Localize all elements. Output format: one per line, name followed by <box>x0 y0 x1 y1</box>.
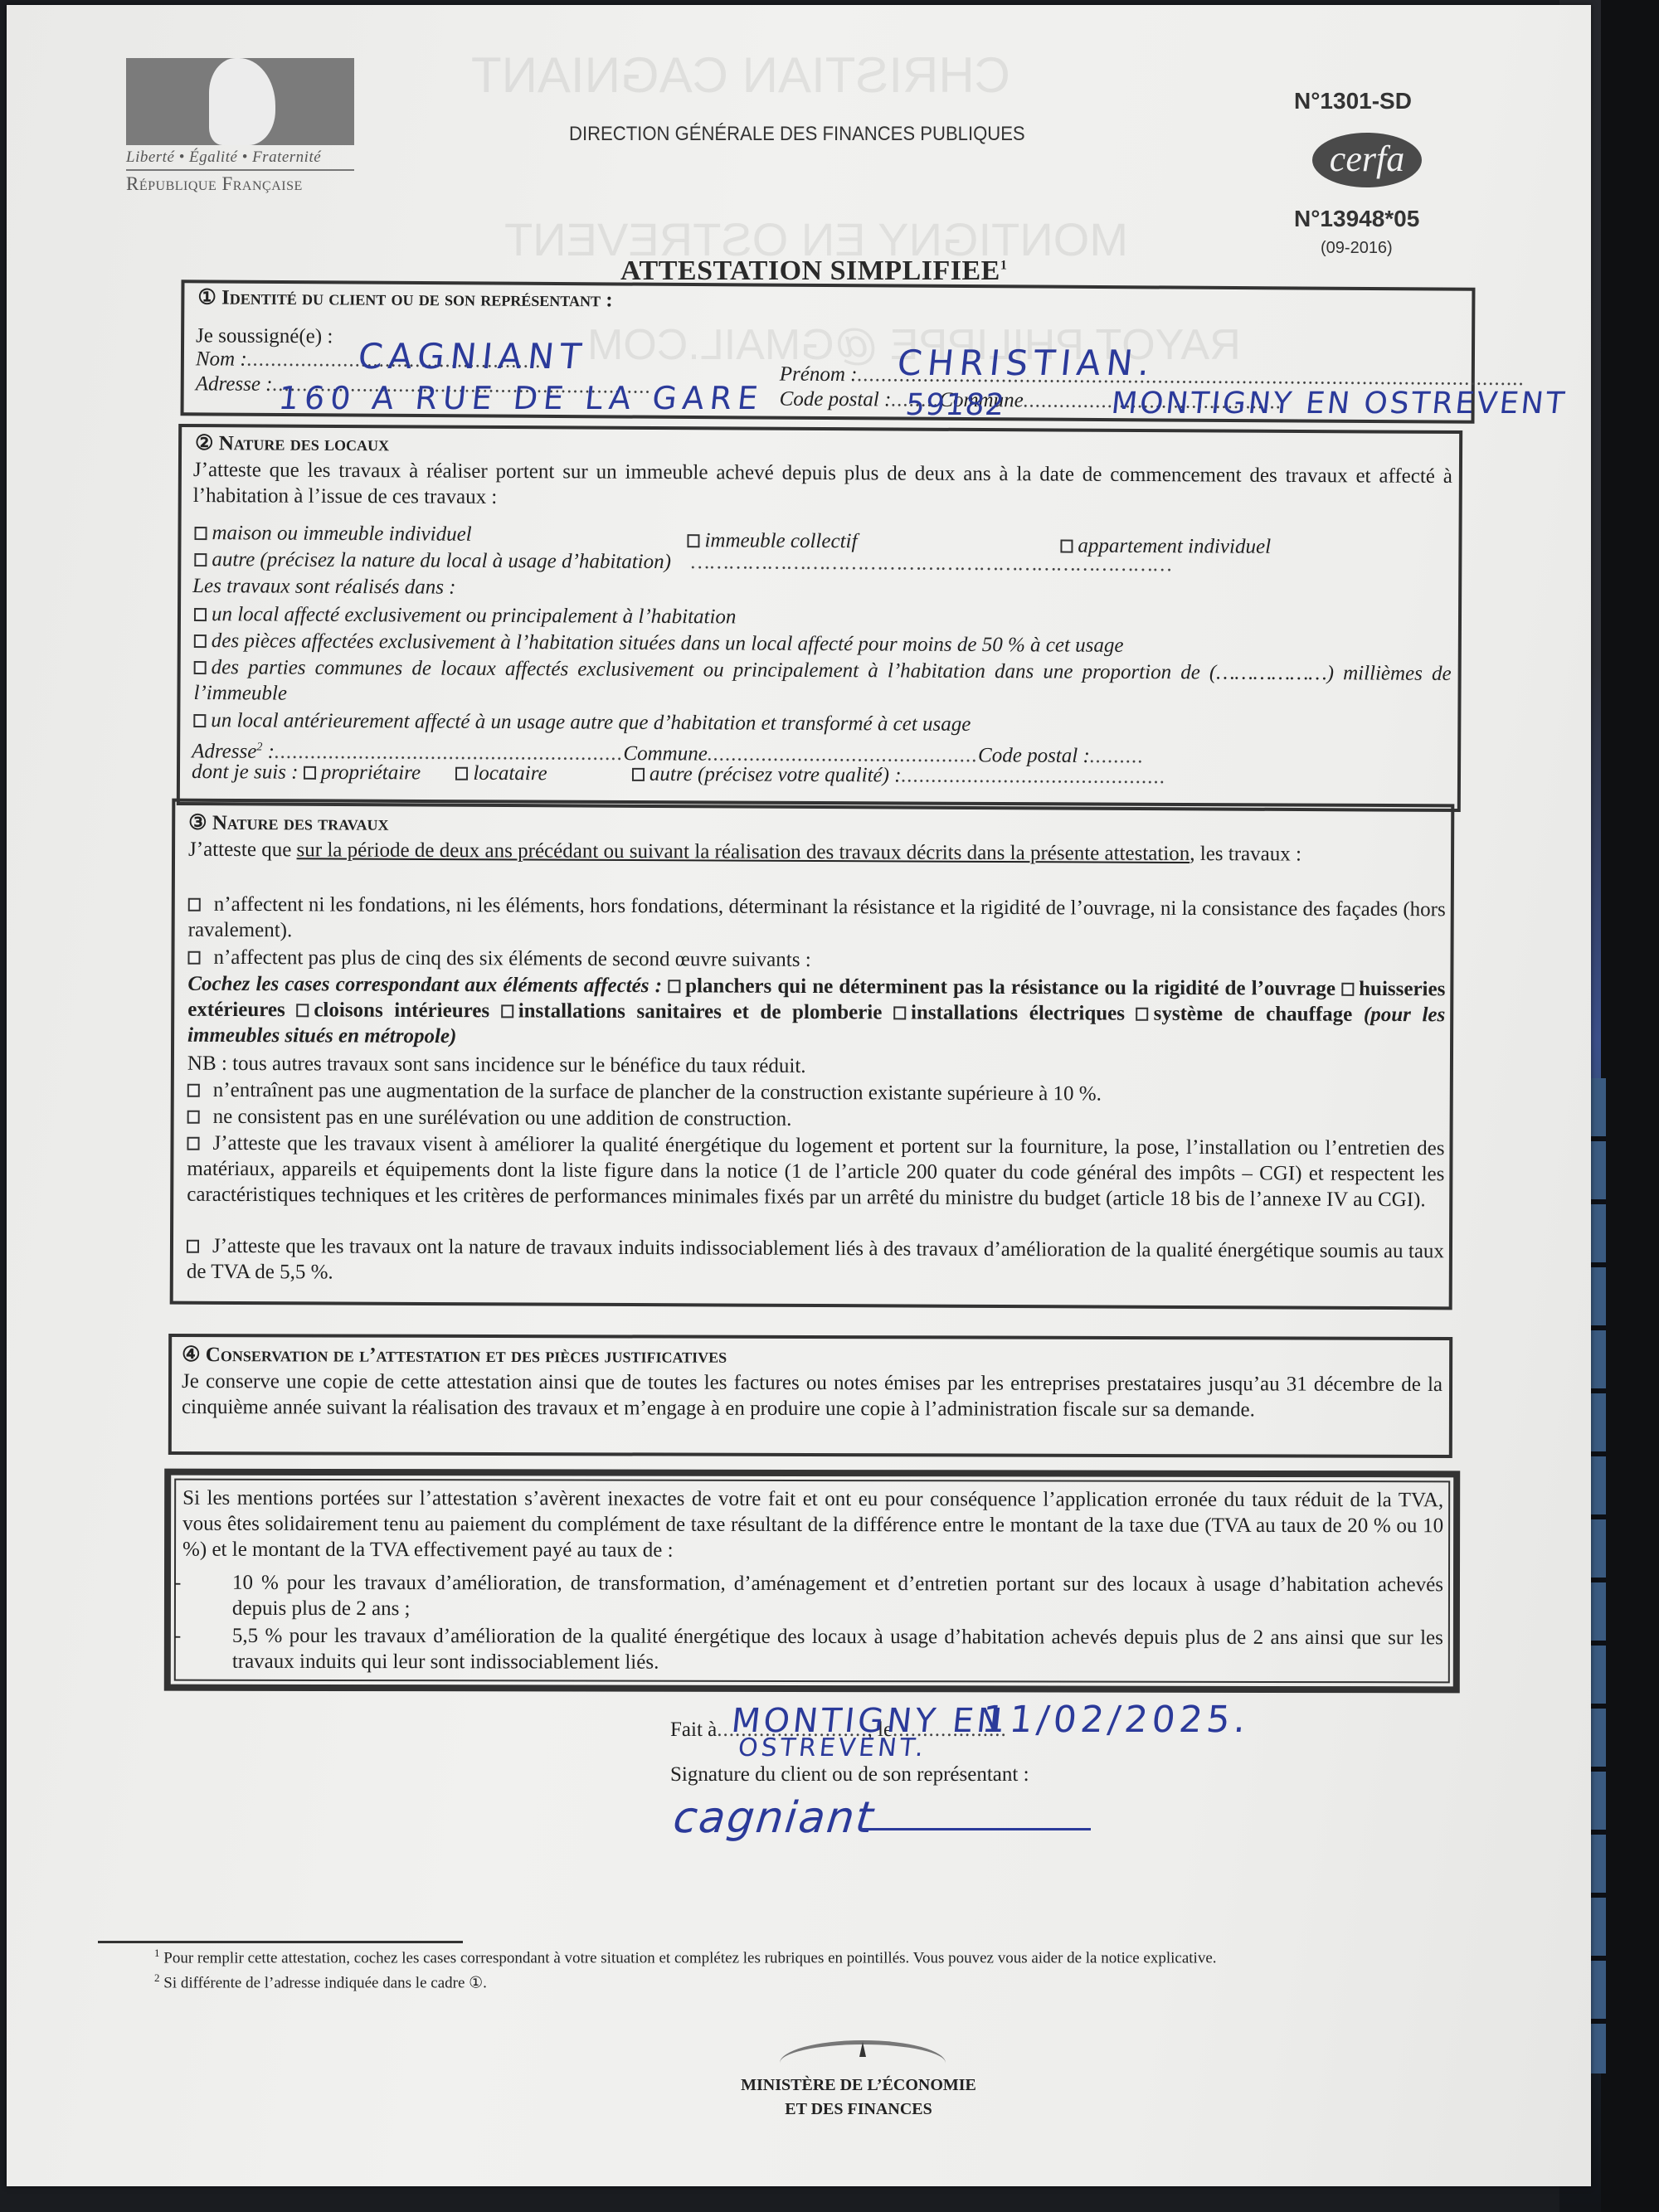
checkbox-travaux-induits[interactable]: J’atteste que les travaux ont la nature … <box>187 1233 1444 1291</box>
realises-dans-label: Les travaux sont réalisés dans : <box>192 573 456 600</box>
cerfa-number: N°13948*05 <box>1294 206 1419 232</box>
adresse-field[interactable]: 160 A RUE DE LA GARE <box>277 380 766 416</box>
section-conservation: ④ Conservation de l’attestation et des p… <box>168 1334 1452 1458</box>
checkbox-local-transforme[interactable]: un local antérieurement affecté à un usa… <box>193 707 971 737</box>
signature-label: Signature du client ou de son représenta… <box>670 1762 1029 1787</box>
ministry-needle-icon <box>859 2042 866 2057</box>
checkbox-maison[interactable]: maison ou immeuble individuel <box>194 520 471 547</box>
section-title: ① Identité du client ou de son représent… <box>197 284 612 313</box>
nature-locaux-intro: J’atteste que les travaux à réaliser por… <box>193 457 1452 515</box>
prenom-field[interactable]: CHRISTIAN. <box>895 343 1157 383</box>
directorate-name: DIRECTION GÉNÉRALE DES FINANCES PUBLIQUE… <box>569 123 1025 146</box>
nom-field[interactable]: CAGNIANT <box>356 336 589 377</box>
section-title: ② Nature des locaux <box>195 430 389 457</box>
warning-bullet: 5,5 % pour les travaux d’amélioration de… <box>232 1623 1443 1677</box>
checkbox-proprietaire[interactable]: propriétaire <box>304 761 421 785</box>
section-nature-travaux: ③ Nature des travaux J’atteste que sur l… <box>170 799 1455 1310</box>
footnote-2: 2 Si différente de l’adresse indiquée da… <box>154 1971 487 1992</box>
checkbox-second-oeuvre[interactable]: n’affectent pas plus de cinq des six élé… <box>187 945 810 973</box>
footnote-rule <box>98 1941 463 1943</box>
background-shadow <box>1601 0 1659 2212</box>
checkbox-pieces-affectees[interactable]: des pièces affectées exclusivement à l’h… <box>194 628 1124 659</box>
checkbox-parties-communes[interactable]: des parties communes de locaux affectés … <box>193 654 1451 712</box>
date-field[interactable]: 11/02/2025. <box>980 1699 1252 1741</box>
warning-box: Si les mentions portées sur l’attestatio… <box>164 1469 1460 1694</box>
elements-affectes: Cochez les cases correspondant aux éléme… <box>187 971 1445 1054</box>
checkbox-chauffage[interactable]: système de chauffage <box>1136 1003 1353 1026</box>
checkbox-electriques[interactable]: installations électriques <box>893 1001 1125 1024</box>
cerfa-logo: cerfa <box>1312 133 1422 187</box>
qualite-row: dont je suis : propriétaire locataire au… <box>192 759 1166 790</box>
checkbox-qualite-energetique[interactable]: J’atteste que les travaux visent à améli… <box>187 1130 1444 1213</box>
section-nature-locaux: ② Nature des locaux J’atteste que les tr… <box>177 424 1462 812</box>
signature-stroke <box>863 1828 1091 1830</box>
republique-francaise-logo: Liberté • Égalité • Fraternité Républiqu… <box>126 58 362 195</box>
logo-motto: Liberté • Égalité • Fraternité <box>126 148 362 167</box>
checkbox-surface[interactable]: n’entraînent pas une augmentation de la … <box>187 1077 1102 1107</box>
cerfa-version: (09-2016) <box>1321 239 1393 258</box>
show-through-text: CHRISTIAN CAGNIANT <box>471 46 1010 104</box>
section-title: ④ Conservation de l’attestation et des p… <box>182 1342 727 1369</box>
fait-a-field-line2[interactable]: OSTREVENT. <box>737 1733 928 1762</box>
marianne-icon <box>126 58 354 145</box>
conservation-text: Je conserve une copie de cette attestati… <box>182 1369 1443 1423</box>
checkbox-surelevation[interactable]: ne consistent pas en une surélévation ou… <box>187 1104 792 1132</box>
logo-republic: République Française <box>126 173 362 195</box>
checkbox-autre-local[interactable]: autre (précisez la nature du local à usa… <box>194 547 1173 577</box>
section-title: ③ Nature des travaux <box>188 810 388 837</box>
warning-bullet: 10 % pour les travaux d’amélioration, de… <box>232 1570 1443 1624</box>
checkbox-local-habitation[interactable]: un local affecté exclusivement ou princi… <box>194 601 737 630</box>
commune-field[interactable]: MONTIGNY EN OSTREVENT <box>1110 386 1569 421</box>
checkbox-autre-qualite[interactable]: autre (précisez votre qualité) :........… <box>632 763 1166 788</box>
footnote-1: 1 Pour remplir cette attestation, cochez… <box>154 1947 1217 1967</box>
checkbox-sanitaires[interactable]: installations sanitaires et de plomberie <box>501 999 883 1023</box>
ministry-name: MINISTÈRE DE L’ÉCONOMIE ET DES FINANCES <box>722 2073 995 2122</box>
checkbox-planchers[interactable]: planchers qui ne déterminent pas la rési… <box>668 975 1335 1000</box>
warning-text: Si les mentions portées sur l’attestatio… <box>182 1485 1443 1565</box>
form-number: N°1301-SD <box>1294 88 1412 114</box>
travaux-intro: J’atteste que sur la période de deux ans… <box>188 837 1446 868</box>
code-postal-field[interactable]: 59182 <box>904 388 1007 422</box>
nb-note: NB : tous autres travaux sont sans incid… <box>187 1051 806 1079</box>
checkbox-fondations[interactable]: n’affectent ni les fondations, ni les él… <box>188 892 1446 949</box>
checkbox-locataire[interactable]: locataire <box>455 762 547 785</box>
checkbox-cloisons[interactable]: cloisons intérieures <box>296 999 489 1022</box>
signature-field[interactable]: cagniant <box>671 1793 877 1843</box>
